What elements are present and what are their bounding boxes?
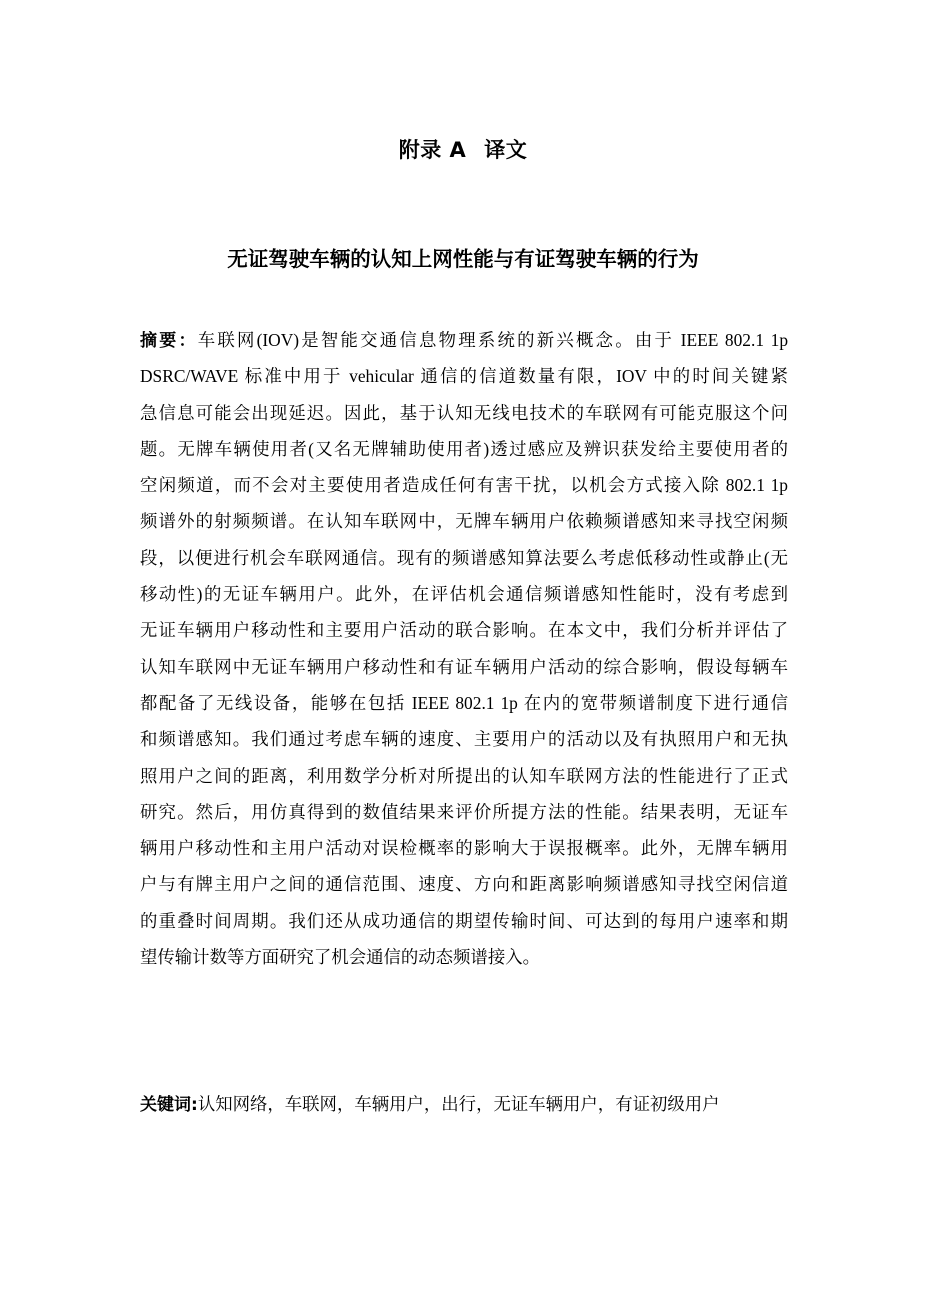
abstract-line: 和频谱感知。我们通过考虑车辆的速度、主要用户的活动以及有执照用户和无执	[140, 721, 788, 757]
abstract-line: 移动性)的无证车辆用户。此外，在评估机会通信频谱感知性能时，没有考虑到	[140, 576, 788, 612]
abstract-line: 户与有牌主用户之间的通信范围、速度、方向和距离影响频谱感知寻找空闲信道	[140, 866, 788, 902]
abstract-section: 摘要：车联网(IOV)是智能交通信息物理系统的新兴概念。由于 IEEE 802.…	[140, 322, 788, 975]
appendix-heading: 附录 A译文	[0, 134, 926, 166]
abstract-line: 段，以便进行机会车联网通信。现有的频谱感知算法要么考虑低移动性或静止(无	[140, 540, 788, 576]
appendix-title: 译文	[484, 138, 527, 162]
abstract-line: 题。无牌车辆使用者(又名无牌辅助使用者)透过感应及辨识获发给主要使用者的	[140, 431, 788, 467]
abstract-line: 空闲频道，而不会对主要使用者造成任何有害干扰，以机会方式接入除 802.1 1p	[140, 467, 788, 503]
abstract-line: DSRC/WAVE 标准中用于 vehicular 通信的信道数量有限，IOV …	[140, 358, 788, 394]
keywords-label: 关键词:	[140, 1095, 198, 1115]
abstract-line: 研究。然后，用仿真得到的数值结果来评价所提方法的性能。结果表明，无证车	[140, 794, 788, 830]
appendix-prefix: 附录 A	[399, 138, 467, 162]
abstract-line: 急信息可能会出现延迟。因此，基于认知无线电技术的车联网有可能克服这个问	[140, 395, 788, 431]
abstract-line: 的重叠时间周期。我们还从成功通信的期望传输时间、可达到的每用户速率和期	[140, 903, 788, 939]
abstract-label: 摘要：	[140, 331, 198, 351]
abstract-line: 望传输计数等方面研究了机会通信的动态频谱接入。	[140, 939, 788, 975]
abstract-line: 频谱外的射频频谱。在认知车联网中，无牌车辆用户依赖频谱感知来寻找空闲频	[140, 503, 788, 539]
abstract-line: 认知车联网中无证车辆用户移动性和有证车辆用户活动的综合影响，假设每辆车	[140, 649, 788, 685]
paper-title: 无证驾驶车辆的认知上网性能与有证驾驶车辆的行为	[0, 243, 926, 275]
keywords-text: 认知网络，车联网，车辆用户，出行，无证车辆用户，有证初级用户	[198, 1094, 720, 1114]
abstract-line: 无证车辆用户移动性和主要用户活动的联合影响。在本文中，我们分析并评估了	[140, 612, 788, 648]
abstract-line: 照用户之间的距离，利用数学分析对所提出的认知车联网方法的性能进行了正式	[140, 758, 788, 794]
abstract-text: 车联网(IOV)是智能交通信息物理系统的新兴概念。由于 IEEE 802.1 1…	[198, 330, 788, 350]
abstract-line: 都配备了无线设备，能够在包括 IEEE 802.1 1p 在内的宽带频谱制度下进…	[140, 685, 788, 721]
abstract-line: 辆用户移动性和主用户活动对误检概率的影响大于误报概率。此外，无牌车辆用	[140, 830, 788, 866]
abstract-line: 摘要：车联网(IOV)是智能交通信息物理系统的新兴概念。由于 IEEE 802.…	[140, 322, 788, 358]
keywords-section: 关键词:认知网络，车联网，车辆用户，出行，无证车辆用户，有证初级用户	[140, 1086, 800, 1123]
